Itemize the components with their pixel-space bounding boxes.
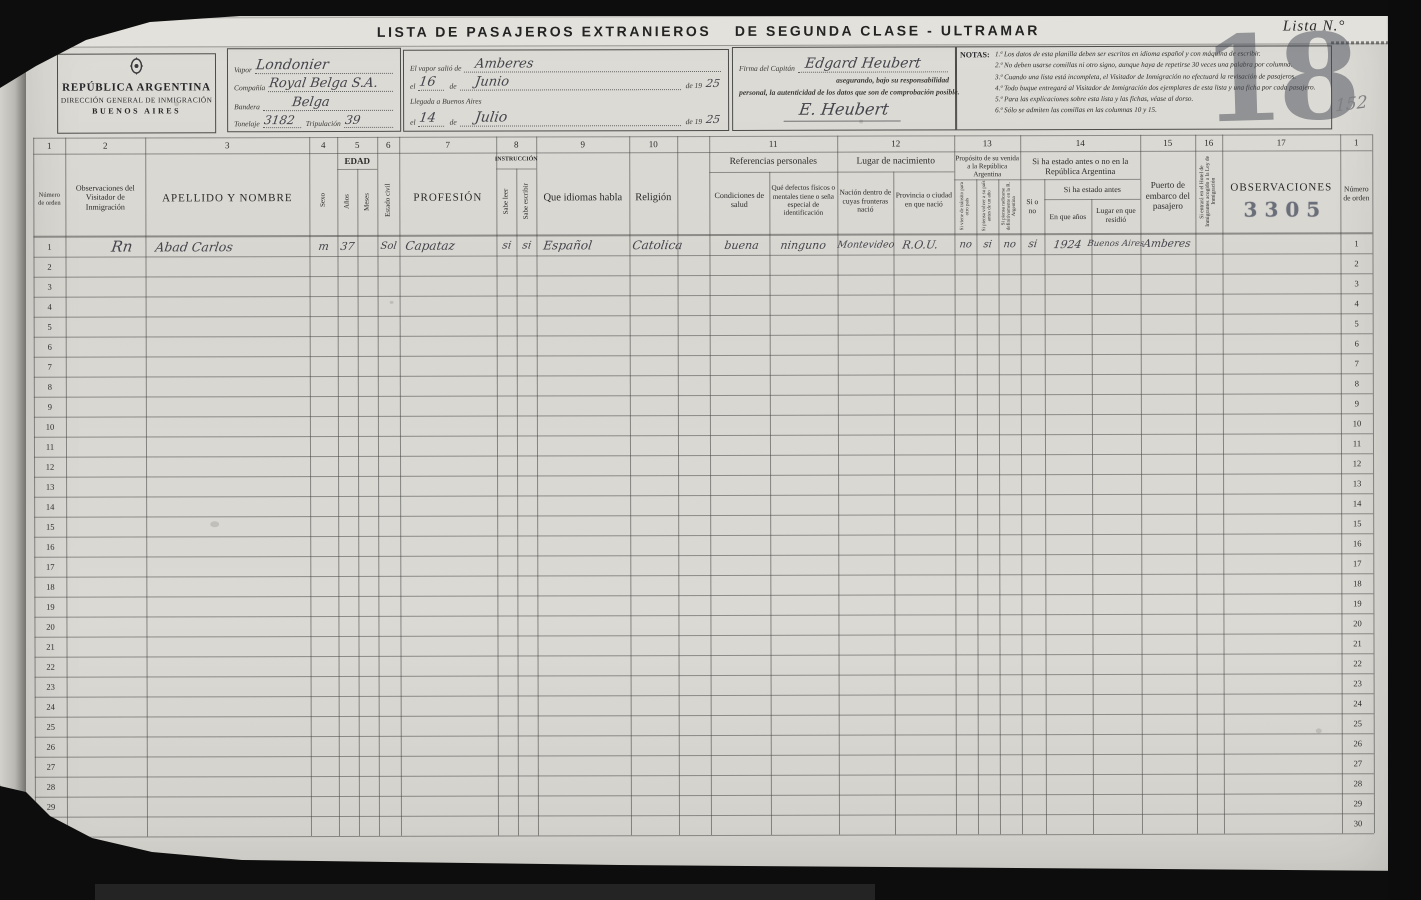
- row-number-right: 23: [1342, 673, 1374, 693]
- column-header-prop_sub3: Si piensa radicarse definitivamente en l…: [999, 180, 1019, 232]
- column-header-estado_antes: Si ha estado antes o no en la República …: [1022, 153, 1138, 179]
- table-row-line: [34, 353, 1373, 358]
- row1-cell-radicarse: no: [999, 235, 1019, 253]
- row1-value-puerto: Amberes: [1143, 238, 1192, 250]
- column-number: 5: [337, 137, 377, 153]
- row-number-left: 20: [34, 617, 66, 637]
- llegada-mes: Julio: [459, 109, 682, 127]
- ship-info-box: Vapor Londonier Compañía Royal Belga S.A…: [227, 48, 401, 132]
- table-row-line: [34, 433, 1373, 438]
- row1-cell-puerto: Amberes: [1141, 235, 1193, 253]
- row-number-right: 7: [1341, 353, 1373, 373]
- de19-label: de 19: [686, 117, 702, 126]
- column-header-estado_civil: Estado civil: [378, 167, 398, 233]
- row-number-right: 16: [1341, 533, 1373, 553]
- column-header-nacion: Nación dentro de cuyas fronteras nació: [839, 182, 891, 222]
- table-row-line: [34, 633, 1373, 638]
- document-content: LISTA DE PASAJEROS EXTRANIEROS DE SEGUND…: [0, 0, 1421, 900]
- row-number-left: 27: [35, 757, 67, 777]
- table-column-line: [709, 136, 712, 835]
- column-number: 4: [309, 137, 337, 153]
- column-header-defectos: Qué defectos físicos o mentales tiene o …: [771, 174, 835, 228]
- column-header-provincia: Provincia o ciudad en que nació: [895, 183, 952, 217]
- compania-label: Compañía: [234, 83, 265, 92]
- column-header-observaciones: OBSERVACIONES: [1224, 178, 1338, 196]
- table-row-line: [34, 453, 1373, 458]
- column-header-obs_visitador: Observaciones del Visitador de Inmigraci…: [67, 171, 143, 223]
- column-header-hotel: Si entrará en el Hotel de Inmigrantes ac…: [1196, 153, 1221, 231]
- row-number-left: 10: [34, 417, 66, 437]
- llegada-dia: 14: [418, 111, 446, 127]
- table-row-line: [34, 533, 1373, 538]
- notas-label: NOTAS:: [960, 50, 990, 59]
- table-column-line: [536, 136, 539, 835]
- row1-cell-en_anos: 1924: [1044, 235, 1090, 253]
- table-row-line: [34, 273, 1373, 278]
- row1-cell-anos: 37: [338, 237, 356, 255]
- table-row-line: [35, 693, 1374, 698]
- column-number: 1: [33, 138, 65, 154]
- el-label: el: [410, 82, 415, 91]
- row-number-right: 6: [1341, 333, 1373, 353]
- table-column-line: [976, 179, 979, 834]
- photo-backdrop-right: [1388, 0, 1421, 900]
- table-row-line: [34, 393, 1373, 398]
- column-number: 8: [496, 136, 536, 152]
- row1-value-estuvo: si: [1027, 238, 1037, 250]
- row1-value-idiomas: Español: [542, 238, 592, 252]
- captain-name: Edgard Heubert: [798, 55, 951, 72]
- row1-value-sexo: m: [317, 239, 329, 252]
- row-number-left: 5: [34, 317, 66, 337]
- llegada-ano: 25: [705, 113, 723, 126]
- row-number-right: 4: [1341, 293, 1373, 313]
- table-row-line: [34, 413, 1373, 418]
- row-number-right: 22: [1342, 653, 1374, 673]
- row-number-right: 17: [1341, 553, 1373, 573]
- column-number: 7: [399, 137, 496, 153]
- table-row-line: [35, 793, 1374, 798]
- column-number: 6: [377, 137, 399, 153]
- row1-value-estado: Sol: [380, 240, 398, 251]
- table-row-line: [34, 513, 1373, 518]
- row-number-left: 21: [34, 637, 66, 657]
- row-number-right: 30: [1342, 813, 1374, 833]
- table-column-line: [1044, 179, 1047, 834]
- row1-cell-estado: Sol: [378, 237, 399, 255]
- bandera-label: Bandera: [234, 102, 260, 111]
- table-row-line: [496, 168, 536, 169]
- table-row-line: [34, 313, 1373, 318]
- column-header-instruccion: INSTRUCCIÓN: [496, 153, 536, 166]
- table-column-line: [1222, 135, 1225, 834]
- row-number-right: 29: [1342, 793, 1374, 813]
- row-number-right: 3: [1341, 273, 1373, 293]
- table-row-line: [35, 713, 1374, 718]
- row1-cell-volver: si: [977, 235, 997, 253]
- salio-ano: 25: [705, 77, 723, 90]
- table-row-line: [34, 373, 1373, 378]
- de-label: de: [450, 118, 457, 127]
- row1-value-salud: buena: [723, 238, 759, 251]
- row-number-left: 19: [34, 597, 66, 617]
- row1-cell-salud: buena: [715, 236, 767, 254]
- tonelaje-label: Tonelaje: [234, 119, 260, 128]
- tripulacion-label: Tripulación: [306, 119, 341, 128]
- column-header-ref_personales: Referencias personales: [711, 155, 835, 170]
- column-number: 10: [629, 136, 677, 152]
- table-column-line: [145, 137, 148, 836]
- table-row-line: [34, 493, 1373, 498]
- column-header-edad: EDAD: [337, 154, 377, 168]
- row-number-left: 6: [34, 337, 66, 357]
- row-number-right: 26: [1342, 733, 1374, 753]
- desk-surface: [95, 884, 875, 900]
- column-header-religion: Religión: [631, 188, 675, 208]
- vapor-label: Vapor: [234, 65, 252, 74]
- column-header-profesion: PROFESIÓN: [401, 187, 494, 209]
- row1-value-religion: Catolica: [631, 238, 683, 252]
- row-number-right: 21: [1341, 633, 1373, 653]
- observaciones-stamp: 3305: [1231, 197, 1339, 221]
- argentina-coat-of-arms-icon: [58, 57, 215, 79]
- row1-cell-escribe: si: [517, 236, 535, 254]
- row1-cell-lee: si: [497, 237, 515, 255]
- table-row-line: [34, 333, 1373, 338]
- de19-label: de 19: [686, 81, 702, 90]
- row-number-right: 24: [1342, 693, 1374, 713]
- row1-cell-idiomas: Español: [543, 236, 627, 254]
- row-number-left: 26: [35, 737, 67, 757]
- row-number-right: 5: [1341, 313, 1373, 333]
- row-number-right: 25: [1342, 713, 1374, 733]
- row1-cell-obs: Rn: [99, 237, 143, 255]
- column-number: 2: [65, 137, 145, 153]
- column-header-proposito: Propósito de su venida a la República Ar…: [955, 153, 1019, 179]
- table-row-line: [837, 171, 954, 172]
- column-number: 9: [536, 136, 629, 152]
- table-column-line: [1195, 135, 1198, 834]
- scanned-passenger-list: LISTA DE PASAJEROS EXTRANIEROS DE SEGUND…: [0, 0, 1421, 900]
- row1-value-escribe: si: [521, 239, 531, 251]
- row1-value-defectos: ninguno: [780, 238, 827, 251]
- salio-dia: 16: [418, 75, 446, 91]
- row-number-left: 28: [35, 777, 67, 797]
- llegada-label: Llegada a Buenos Aires: [410, 97, 481, 106]
- row-number-left: 16: [34, 537, 66, 557]
- column-header-anos: Años: [338, 171, 356, 233]
- captain-signature: E. Heubert: [784, 99, 904, 121]
- row-number-right: 1: [1340, 233, 1372, 253]
- pencil-annotation: 152: [1335, 92, 1368, 116]
- table-row-line: [35, 653, 1374, 658]
- column-header-sabe_escribir: Sabe escribir: [517, 170, 535, 232]
- row1-value-volver: si: [983, 239, 993, 250]
- row1-value-profesion: Capataz: [404, 239, 455, 253]
- row-number-right: 11: [1341, 433, 1373, 453]
- row-number-right: 8: [1341, 373, 1373, 393]
- page-title-left: LISTA DE PASAJEROS EXTRANIEROS: [377, 23, 711, 40]
- column-header-prop_sub2: Si piensa volver a su país antes de un a…: [977, 180, 997, 232]
- row-number-left: 23: [35, 677, 67, 697]
- compania-value: Royal Belga S.A.: [268, 76, 395, 92]
- row-number-left: 25: [35, 717, 67, 737]
- tonelaje-value: 3182: [263, 113, 303, 128]
- row1-cell-provincia: R.O.U.: [894, 235, 946, 253]
- row1-cell-residio: Buenos Aires: [1090, 235, 1140, 253]
- row-number-left: 3: [34, 277, 66, 297]
- vapor-value: Londonier: [255, 57, 395, 74]
- row-number-left: 9: [34, 397, 66, 417]
- bandera-value: Belga: [263, 95, 395, 111]
- voyage-info-box: El vapor salió de Amberes el 16 de Junio…: [403, 49, 729, 132]
- column-header-idiomas: Que idiomas habla: [538, 188, 627, 208]
- row-number-left: 4: [34, 297, 66, 317]
- row1-value-nacion: Montevideo: [836, 239, 894, 250]
- row1-value-transito: no: [958, 239, 972, 250]
- column-header-puerto: Puerto de embarco del pasajero: [1141, 169, 1194, 223]
- column-header-prop_sub1: Si viene de tránsito para otro país: [955, 180, 975, 232]
- table-row-line: [35, 773, 1374, 778]
- table-row-line: [34, 553, 1373, 558]
- column-header-sexo: Sexo: [311, 167, 335, 233]
- column-number: 11: [709, 136, 837, 152]
- row-number-right: 18: [1341, 573, 1373, 593]
- table-row-line: [35, 673, 1374, 678]
- column-number: 17: [1222, 134, 1340, 150]
- table-row-line: [35, 833, 1374, 838]
- column-number: 1: [1340, 134, 1372, 150]
- salio-puerto: Amberes: [464, 56, 723, 73]
- column-header-num_orden: Número de orden: [35, 178, 63, 222]
- row1-value-provincia: R.O.U.: [902, 238, 939, 251]
- table-row-line: [34, 593, 1373, 598]
- column-header-ha_estado_antes: Si ha estado antes: [1045, 182, 1139, 197]
- row1-cell-defectos: ninguno: [773, 236, 833, 254]
- row-number-right: 12: [1341, 453, 1373, 473]
- table-row-line: [35, 733, 1374, 738]
- table-row-line: [34, 473, 1373, 478]
- captain-label: Firma del Capitán: [739, 64, 795, 73]
- row-number-left: 11: [34, 437, 66, 457]
- column-header-apellido: APELLIDO Y NOMBRE: [149, 187, 305, 209]
- row1-cell-transito: no: [955, 235, 975, 253]
- column-number: 15: [1140, 135, 1195, 151]
- row-number-left: 1: [33, 237, 65, 257]
- column-header-si_o_no: Si o no: [1023, 185, 1041, 229]
- org-country: REPÚBLICA ARGENTINA: [58, 81, 215, 93]
- row1-value-anos: 37: [340, 239, 356, 252]
- table-row-line: [34, 613, 1373, 618]
- row-number-left: 18: [34, 577, 66, 597]
- column-header-lugar_residio: Lugar en que residió: [1092, 201, 1139, 231]
- row-number-right: 20: [1341, 613, 1373, 633]
- column-number: 13: [954, 135, 1020, 151]
- row-number-left: 7: [34, 357, 66, 377]
- column-header-meses: Meses: [358, 171, 376, 233]
- row1-cell-estuvo: si: [1021, 235, 1043, 253]
- row1-cell-religion: Catolica: [632, 236, 692, 254]
- tripulacion-value: 39: [344, 113, 395, 128]
- table-row-line: [35, 753, 1374, 758]
- column-header-num_orden: Número de orden: [1341, 172, 1371, 216]
- row1-cell-nacion: Montevideo: [838, 236, 892, 254]
- title-strip: LISTA DE PASAJEROS EXTRANIEROS DE SEGUND…: [25, 14, 1387, 48]
- captain-line2: personal, la autenticidad de los datos q…: [739, 87, 959, 97]
- column-number: 14: [1020, 135, 1140, 151]
- row-number-right: 28: [1342, 773, 1374, 793]
- page-title-right: DE SEGUNDA CLASE - ULTRAMAR: [735, 22, 1040, 39]
- row-number-left: 15: [34, 517, 66, 537]
- table-column-line: [998, 179, 1001, 834]
- row-number-left: 14: [34, 497, 66, 517]
- row-number-right: 19: [1341, 593, 1373, 613]
- column-header-cond_salud: Condiciones de salud: [711, 180, 767, 220]
- column-number: 3: [145, 137, 309, 153]
- row-number-right: 2: [1340, 253, 1372, 273]
- row-number-right: 27: [1342, 753, 1374, 773]
- column-header-sabe_leer: Sabe leer: [497, 171, 515, 233]
- row1-cell-sexo: m: [310, 237, 336, 255]
- salio-mes: Junio: [459, 74, 682, 91]
- column-number: 12: [837, 135, 954, 151]
- row1-value-nombre: Abad Carlos: [154, 239, 233, 254]
- row-number-left: 8: [34, 377, 66, 397]
- el-label: el: [410, 118, 415, 127]
- table-row-line: [337, 169, 377, 170]
- row-number-right: 14: [1341, 493, 1373, 513]
- issuing-authority-box: REPÚBLICA ARGENTINA DIRECCIÓN GENERAL DE…: [57, 53, 216, 133]
- row-number-left: 24: [35, 697, 67, 717]
- row-number-right: 10: [1341, 413, 1373, 433]
- row1-cell-nombre: Abad Carlos: [155, 237, 305, 255]
- row1-value-residio: Buenos Aires: [1086, 239, 1144, 249]
- captain-signature-box: Firma del Capitán Edgard Heubert asegura…: [732, 46, 956, 131]
- row1-value-radicarse: no: [1002, 239, 1016, 250]
- table-row-line: [34, 573, 1373, 578]
- list-number-stamp: 18: [1201, 26, 1356, 131]
- table-row-line: [35, 813, 1374, 818]
- row-number-left: 17: [34, 557, 66, 577]
- column-number: 16: [1195, 135, 1222, 151]
- org-department: DIRECCIÓN GENERAL DE INMIGRACIÓN: [58, 95, 215, 104]
- row-number-left: 13: [34, 477, 66, 497]
- row-number-right: 13: [1341, 473, 1373, 493]
- table-column-line: [399, 137, 402, 836]
- org-city: BUENOS AIRES: [58, 106, 215, 115]
- row1-value-en_anos: 1924: [1053, 238, 1083, 251]
- de-label: de: [449, 82, 456, 91]
- captain-line1: asegurando, bajo su responsabilidad: [836, 75, 949, 84]
- row-number-left: 12: [34, 457, 66, 477]
- salio-label: El vapor salió de: [410, 64, 461, 73]
- table-row-line: [34, 293, 1373, 298]
- column-header-en_que_anos: En que años: [1045, 203, 1090, 231]
- row-number-left: 22: [35, 657, 67, 677]
- row1-value-lee: si: [501, 240, 511, 252]
- column-header-lugar_nacimiento: Lugar de nacimiento: [839, 154, 952, 169]
- row1-cell-profesion: Capataz: [405, 237, 493, 255]
- row-number-left: 2: [33, 257, 65, 277]
- row1-value-obs: Rn: [110, 238, 133, 256]
- row-number-right: 15: [1341, 513, 1373, 533]
- row-number-right: 9: [1341, 393, 1373, 413]
